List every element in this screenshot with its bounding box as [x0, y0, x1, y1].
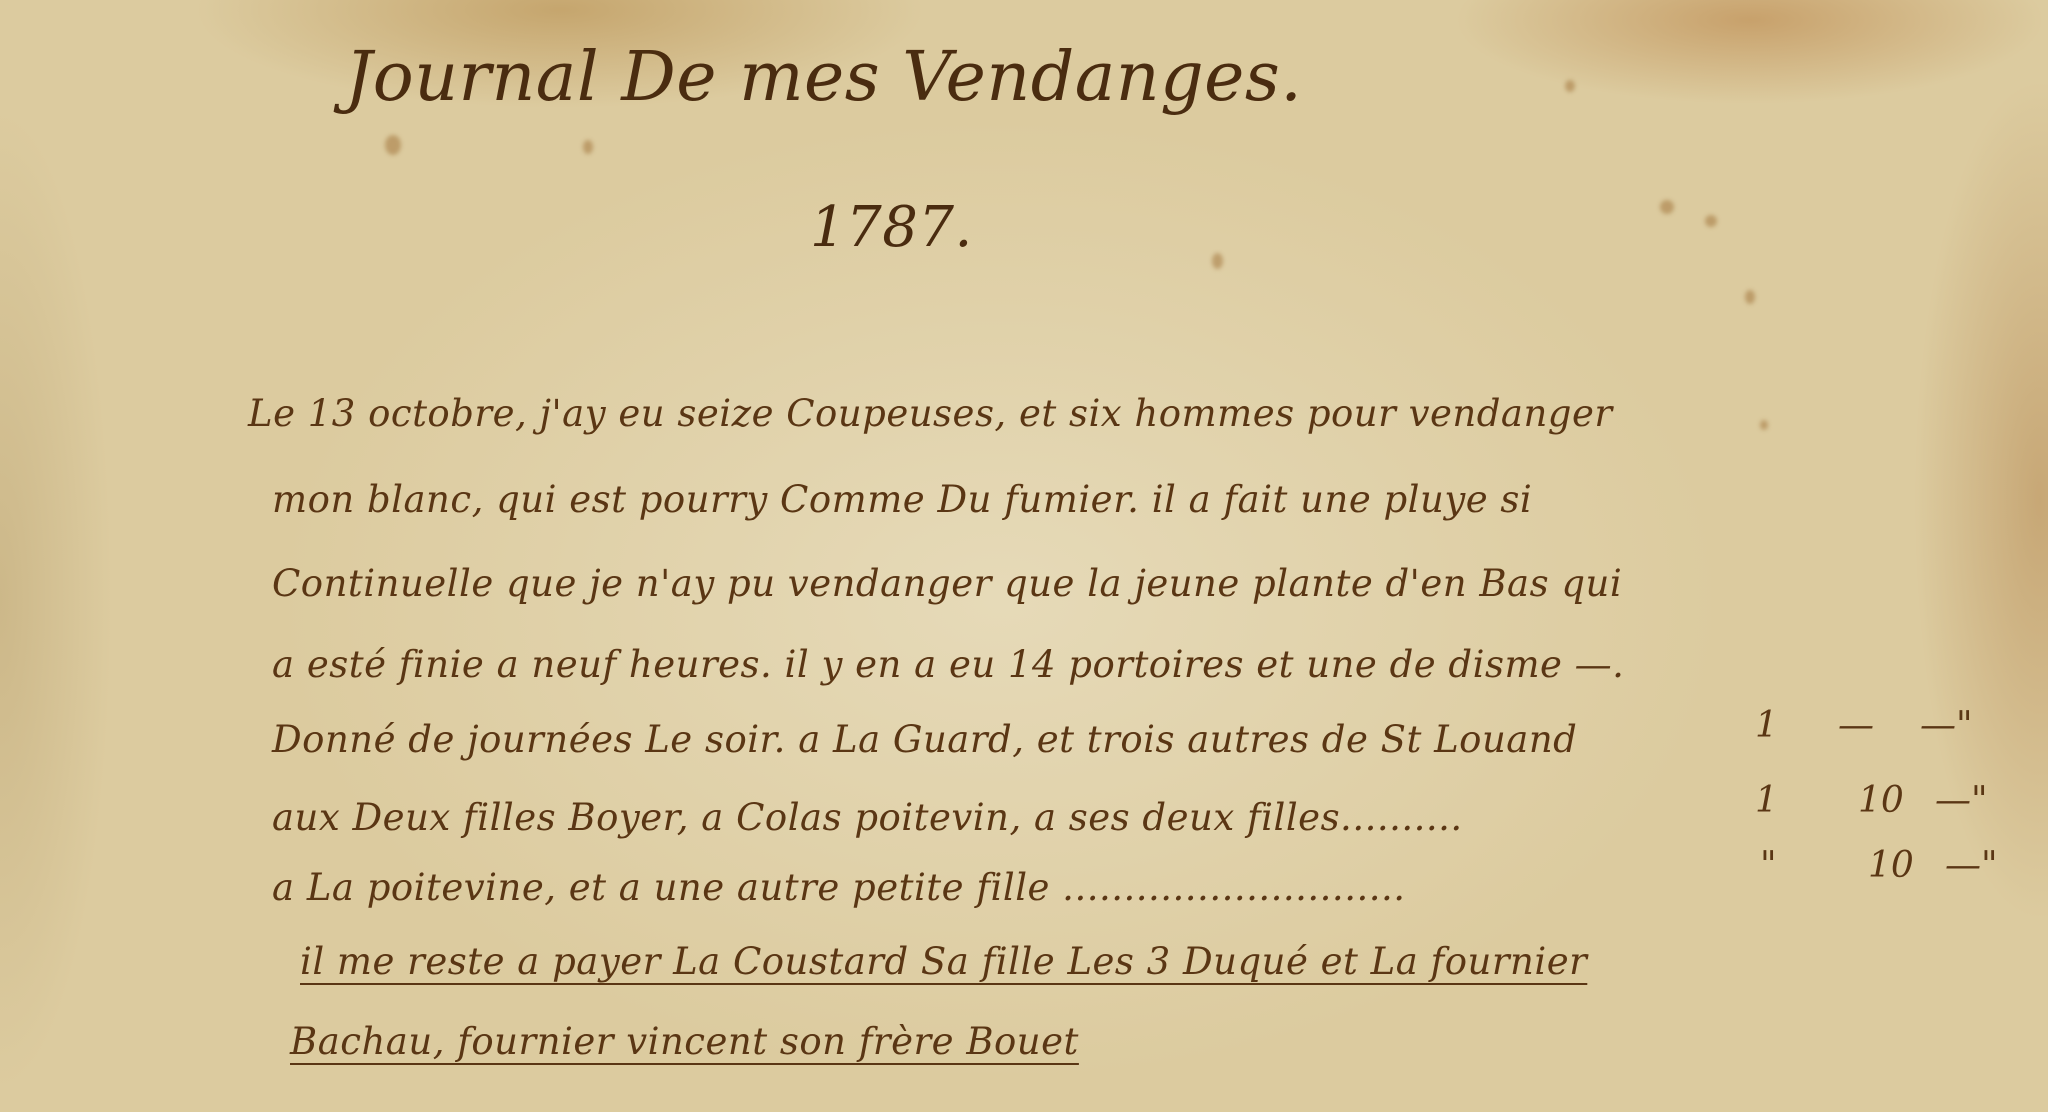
entry-line-2: mon blanc, qui est pourry Comme Du fumie…	[272, 478, 1532, 521]
stain	[1565, 80, 1575, 92]
ledger-sols-6: 10	[1858, 780, 1904, 821]
ledger-sols-5: —	[1838, 705, 1874, 746]
stain	[583, 140, 593, 154]
entry-line-3: Continuelle que je n'ay pu vendanger que…	[272, 562, 1622, 605]
remaining-payees-line-8: il me reste a payer La Coustard Sa fille…	[300, 940, 1587, 983]
journal-year: 1787.	[810, 195, 973, 260]
manuscript-page: Journal De mes Vendanges. 1787. Le 13 oc…	[0, 0, 2048, 1112]
ledger-line-7: a La poitevine, et a une autre petite fi…	[272, 866, 1406, 909]
ledger-line-5: Donné de journées Le soir. a La Guard, e…	[272, 718, 1577, 761]
ledger-sols-7: 10	[1868, 845, 1914, 886]
ledger-deniers-7: —"	[1945, 845, 1998, 886]
ledger-livres-5: 1	[1755, 705, 1778, 746]
ledger-livres-6: 1	[1755, 780, 1778, 821]
ledger-deniers-6: —"	[1935, 780, 1988, 821]
stain	[1705, 215, 1717, 227]
ledger-livres-7: "	[1760, 845, 1777, 886]
entry-line-1: Le 13 octobre, j'ay eu seize Coupeuses, …	[248, 392, 1613, 435]
ledger-line-6: aux Deux filles Boyer, a Colas poitevin,…	[272, 796, 1463, 839]
stain	[1212, 253, 1223, 269]
stain	[385, 135, 401, 155]
journal-title: Journal De mes Vendanges.	[345, 38, 1302, 117]
stain	[1745, 290, 1755, 304]
stain	[1660, 200, 1674, 214]
stain	[1760, 420, 1768, 430]
remaining-payees-line-9: Bachau, fournier vincent son frère Bouet	[290, 1020, 1079, 1063]
entry-line-4: a esté finie a neuf heures. il y en a eu…	[272, 643, 1624, 686]
ledger-deniers-5: —"	[1920, 705, 1973, 746]
